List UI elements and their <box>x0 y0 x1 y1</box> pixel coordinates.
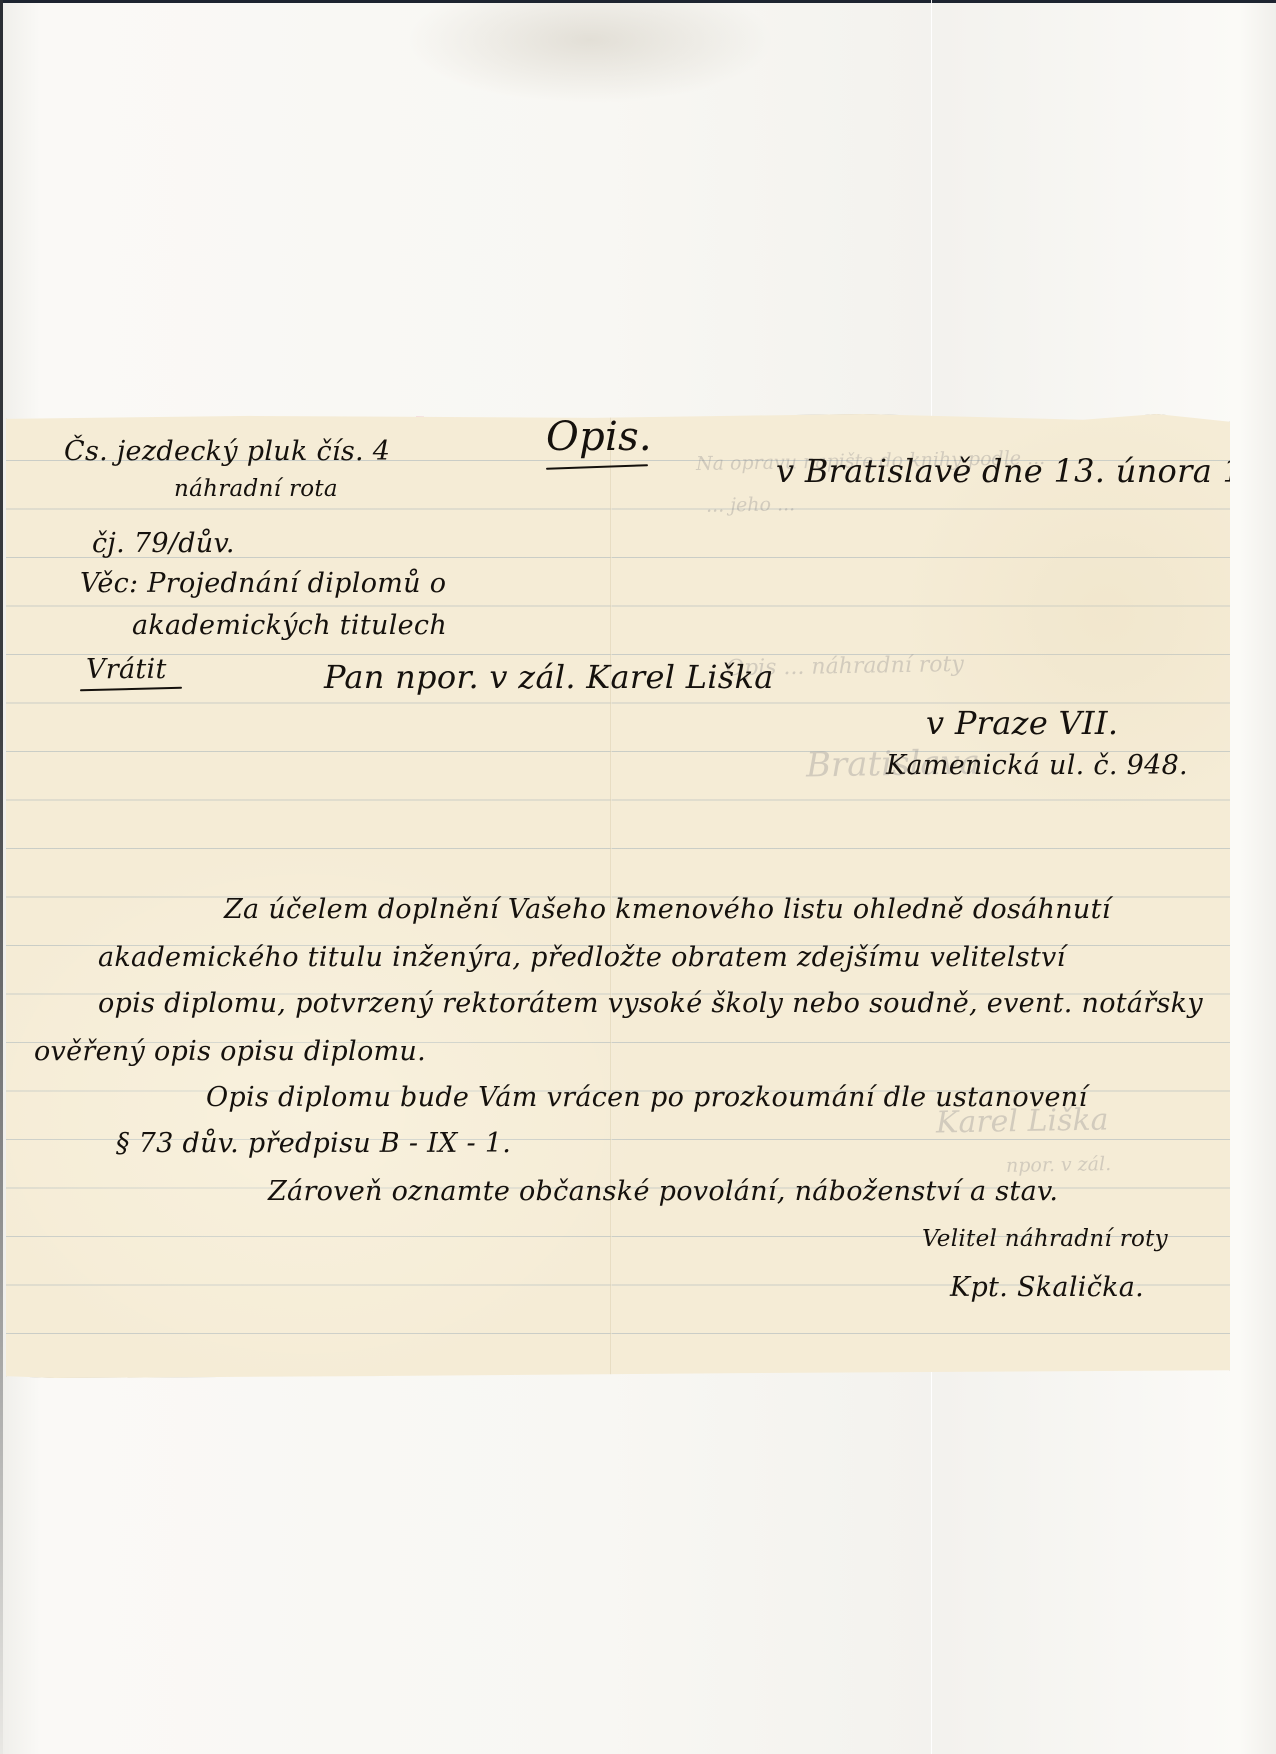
body-line: akademického titulu inženýra, předložte … <box>98 942 1066 973</box>
letter-paper: Na opravu napište do knihy podle ... ...… <box>6 414 1230 1378</box>
unit-name: Čs. jezdecký pluk čís. 4 <box>64 436 390 467</box>
body-line: Opis diplomu bude Vám vrácen po prozkoum… <box>206 1082 1087 1113</box>
body-line: opis diplomu, potvrzený rektorátem vysok… <box>98 988 1203 1019</box>
subject-line-1: Věc: Projednání diplomů o <box>80 568 446 599</box>
document-title: Opis. <box>546 414 652 460</box>
signature-name: Kpt. Skalička. <box>950 1272 1144 1303</box>
body-line: ověřený opis opisu diplomu. <box>34 1036 426 1067</box>
scanner-left-edge <box>0 0 3 1754</box>
reference-number: čj. 79/dův. <box>92 528 235 559</box>
scanner-top-edge <box>0 0 1276 3</box>
return-instruction: Vrátit <box>86 654 167 685</box>
signature-role: Velitel náhradní roty <box>922 1226 1168 1252</box>
addressee-city: v Praze VII. <box>926 704 1118 742</box>
body-line: Zároveň oznamte občanské povolání, nábož… <box>268 1176 1058 1207</box>
body-line: § 73 dův. předpisu B - IX - 1. <box>116 1128 511 1159</box>
addressee-name: Pan npor. v zál. Karel Liška <box>324 658 774 696</box>
subject-line-2: akademických titulech <box>132 610 447 641</box>
body-line: Za účelem doplnění Vašeho kmenového list… <box>224 894 1111 925</box>
unit-subdivision: náhradní rota <box>174 476 338 502</box>
addressee-street: Kamenická ul. č. 948. <box>886 750 1188 781</box>
place-date: v Bratislavě dne 13. února 1926. <box>776 452 1276 490</box>
